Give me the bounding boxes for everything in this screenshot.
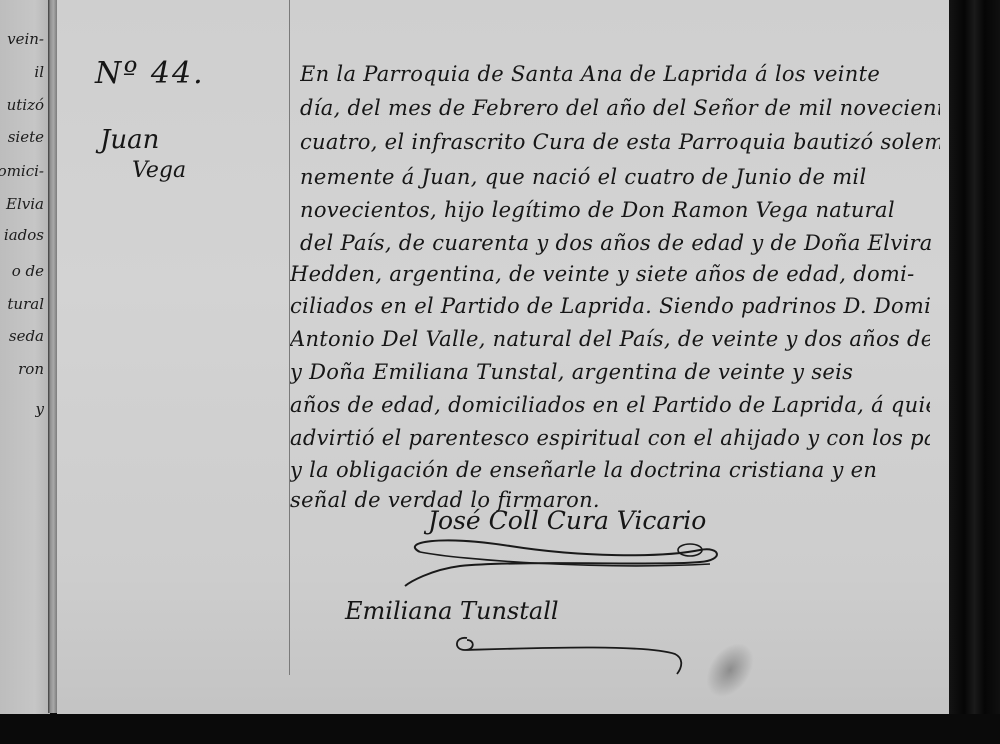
body-line: ciliados en el Partido de Laprida. Siend…	[290, 294, 930, 318]
left-fragment-text: utizó	[7, 96, 44, 114]
book-binding-edge	[949, 0, 1000, 744]
scan-background-bottom	[0, 714, 1000, 744]
body-line: novecientos, hijo legítimo de Don Ramon …	[300, 198, 940, 222]
godmother-signature-flourish	[445, 630, 695, 680]
left-fragment-text: Elvia	[6, 195, 44, 213]
body-line: del País, de cuarenta y dos años de edad…	[300, 231, 940, 255]
body-line: Hedden, argentina, de veinte y siete año…	[290, 262, 930, 286]
left-fragment-text: iados	[4, 226, 44, 244]
godmother-signature: Emiliana Tunstall	[345, 597, 559, 625]
body-line: Antonio Del Valle, natural del País, de …	[290, 327, 930, 351]
left-fragment-text: il	[34, 63, 44, 81]
body-line: En la Parroquia de Santa Ana de Laprida …	[300, 62, 940, 86]
body-line: y Doña Emiliana Tunstal, argentina de ve…	[290, 360, 930, 384]
body-line: años de edad, domiciliados en el Partido…	[290, 393, 930, 417]
left-fragment-text: vein-	[7, 30, 44, 48]
left-fragment-text: o de	[12, 262, 44, 280]
left-fragment-text: ron	[18, 360, 44, 378]
left-page-fragment: vein- il utizó siete omici- Elvia iados …	[0, 0, 50, 715]
body-line: día, del mes de Febrero del año del Seño…	[300, 96, 940, 120]
margin-name-last: Vega	[132, 158, 186, 183]
body-line: nemente á Juan, que nació el cuatro de J…	[300, 165, 940, 189]
entry-number: Nº 44.	[95, 56, 205, 91]
left-fragment-text: seda	[9, 327, 44, 345]
left-fragment-text: tural	[7, 295, 44, 313]
left-fragment-text: omici-	[0, 162, 44, 180]
body-line: y la obligación de enseñarle la doctrina…	[290, 458, 930, 482]
margin-name-first: Juan	[100, 125, 159, 155]
priest-signature-flourish	[400, 530, 730, 590]
book-gutter	[48, 0, 57, 713]
left-fragment-text: y	[36, 400, 44, 418]
left-fragment-text: siete	[8, 128, 44, 146]
body-line: advirtió el parentesco espiritual con el…	[290, 426, 930, 450]
body-line: cuatro, el infrascrito Cura de esta Parr…	[300, 130, 940, 154]
